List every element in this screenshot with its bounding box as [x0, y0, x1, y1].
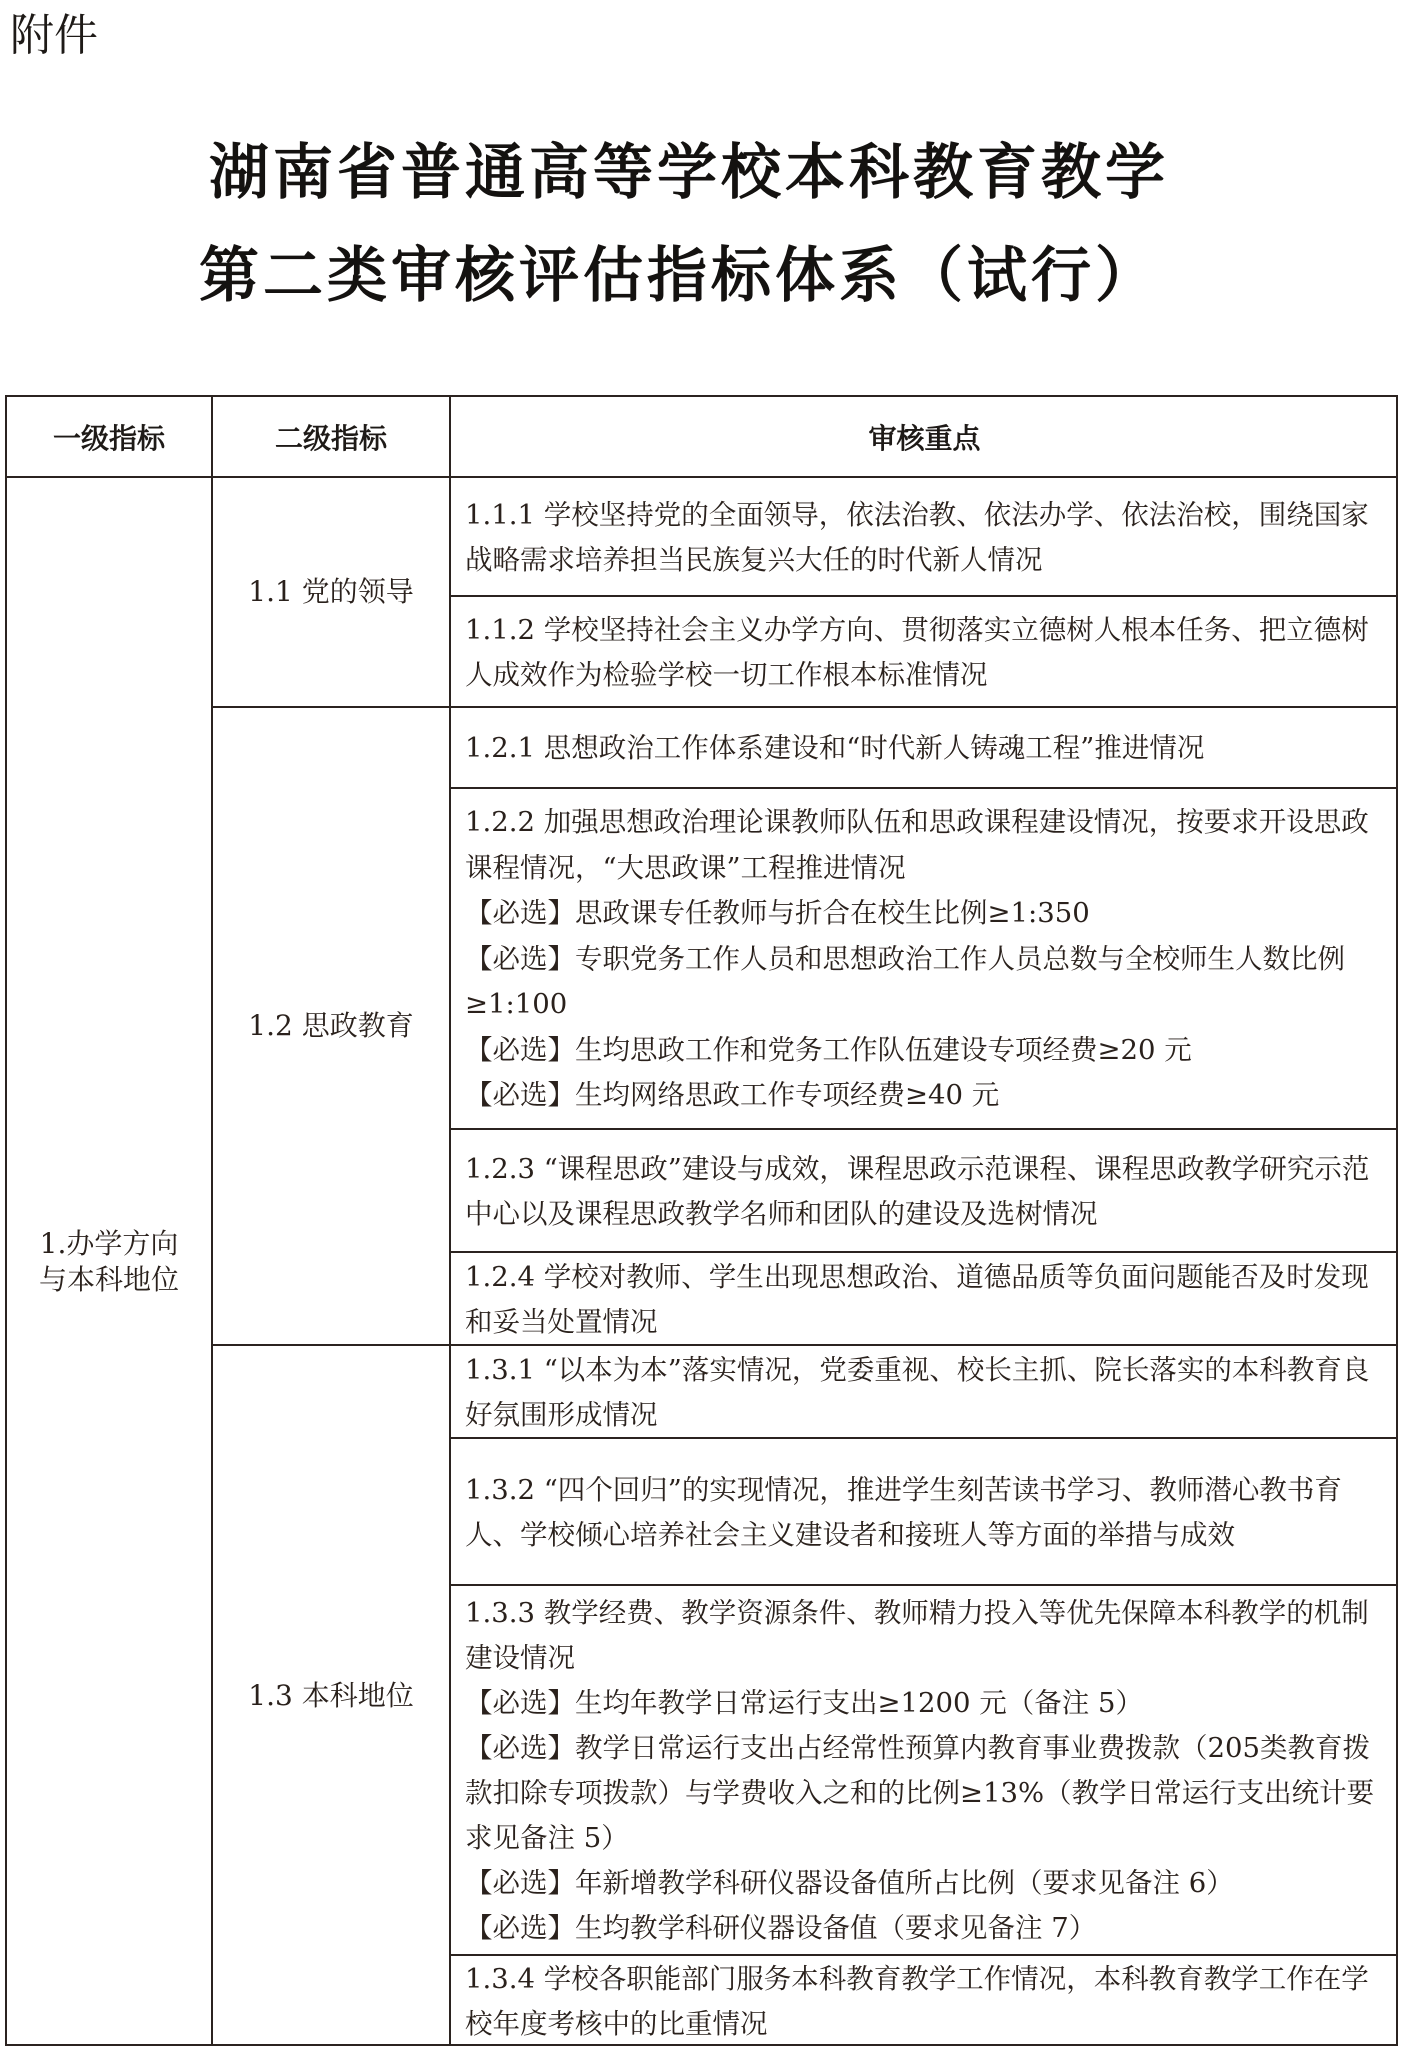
page-title-line-1: 湖南省普通高等学校本科教育教学	[0, 140, 1408, 206]
page-title-line-2: 第二类审核评估指标体系（试行）	[0, 243, 1408, 309]
review-point-1-1-2: 1.1.2 学校坚持社会主义办学方向、贯彻落实立德树人根本任务、把立德树人成效作…	[451, 597, 1398, 706]
level1-label-line2: 与本科地位	[39, 1262, 179, 1298]
review-point-1-2-1: 1.2.1 思想政治工作体系建设和“时代新人铸魂工程”推进情况	[451, 708, 1398, 787]
header-review-points: 审核重点	[451, 397, 1398, 476]
attachment-label: 附件	[10, 8, 98, 64]
header-level2: 二级指标	[213, 397, 449, 476]
review-point-1-3-3: 1.3.3 教学经费、教学资源条件、教师精力投入等优先保障本科教学的机制建设情况…	[451, 1586, 1398, 1954]
level2-cell-1-3: 1.3 本科地位	[213, 1346, 449, 2046]
required-item: 【必选】年新增教学科研仪器设备值所占比例（要求见备注 6）	[465, 1861, 1386, 1906]
required-item: 【必选】思政课专任教师与折合在校生比例≥1:350	[465, 891, 1386, 937]
review-point-1-1-1: 1.1.1 学校坚持党的全面领导，依法治教、依法办学、依法治校，围绕国家战略需求…	[451, 478, 1398, 595]
review-point-1-3-1: 1.3.1 “以本为本”落实情况，党委重视、校长主抓、院长落实的本科教育良好氛围…	[451, 1346, 1398, 1437]
review-point-1-2-2: 1.2.2 加强思想政治理论课教师队伍和思政课程建设情况，按要求开设思政课程情况…	[451, 789, 1398, 1128]
review-point-1-3-4: 1.3.4 学校各职能部门服务本科教育教学工作情况，本科教育教学工作在学校年度考…	[451, 1956, 1398, 2046]
review-point-1-2-3: 1.2.3 “课程思政”建设与成效，课程思政示范课程、课程思政教学研究示范中心以…	[451, 1130, 1398, 1251]
required-item: 【必选】生均思政工作和党务工作队伍建设专项经费≥20 元	[465, 1028, 1386, 1074]
required-item: 【必选】专职党务工作人员和思想政治工作人员总数与全校师生人数比例≥1:100	[465, 937, 1386, 1028]
required-item: 【必选】教学日常运行支出占经常性预算内教育事业费拨款（205类教育拨款扣除专项拨…	[465, 1726, 1386, 1861]
level1-label-line1: 1.办学方向	[40, 1226, 179, 1262]
review-point-1-2-4: 1.2.4 学校对教师、学生出现思想政治、道德品质等负面问题能否及时发现和妥当处…	[451, 1253, 1398, 1344]
review-point-1-3-2: 1.3.2 “四个回归”的实现情况，推进学生刻苦读书学习、教师潜心教书育人、学校…	[451, 1439, 1398, 1584]
level2-cell-1-2: 1.2 思政教育	[213, 708, 449, 1344]
header-level1: 一级指标	[7, 397, 211, 476]
required-item: 【必选】生均网络思政工作专项经费≥40 元	[465, 1073, 1386, 1119]
required-item: 【必选】生均年教学日常运行支出≥1200 元（备注 5）	[465, 1681, 1386, 1726]
required-item: 【必选】生均教学科研仪器设备值（要求见备注 7）	[465, 1906, 1386, 1951]
level2-cell-1-1: 1.1 党的领导	[213, 478, 449, 706]
level1-cell: 1.办学方向 与本科地位	[7, 478, 211, 2046]
